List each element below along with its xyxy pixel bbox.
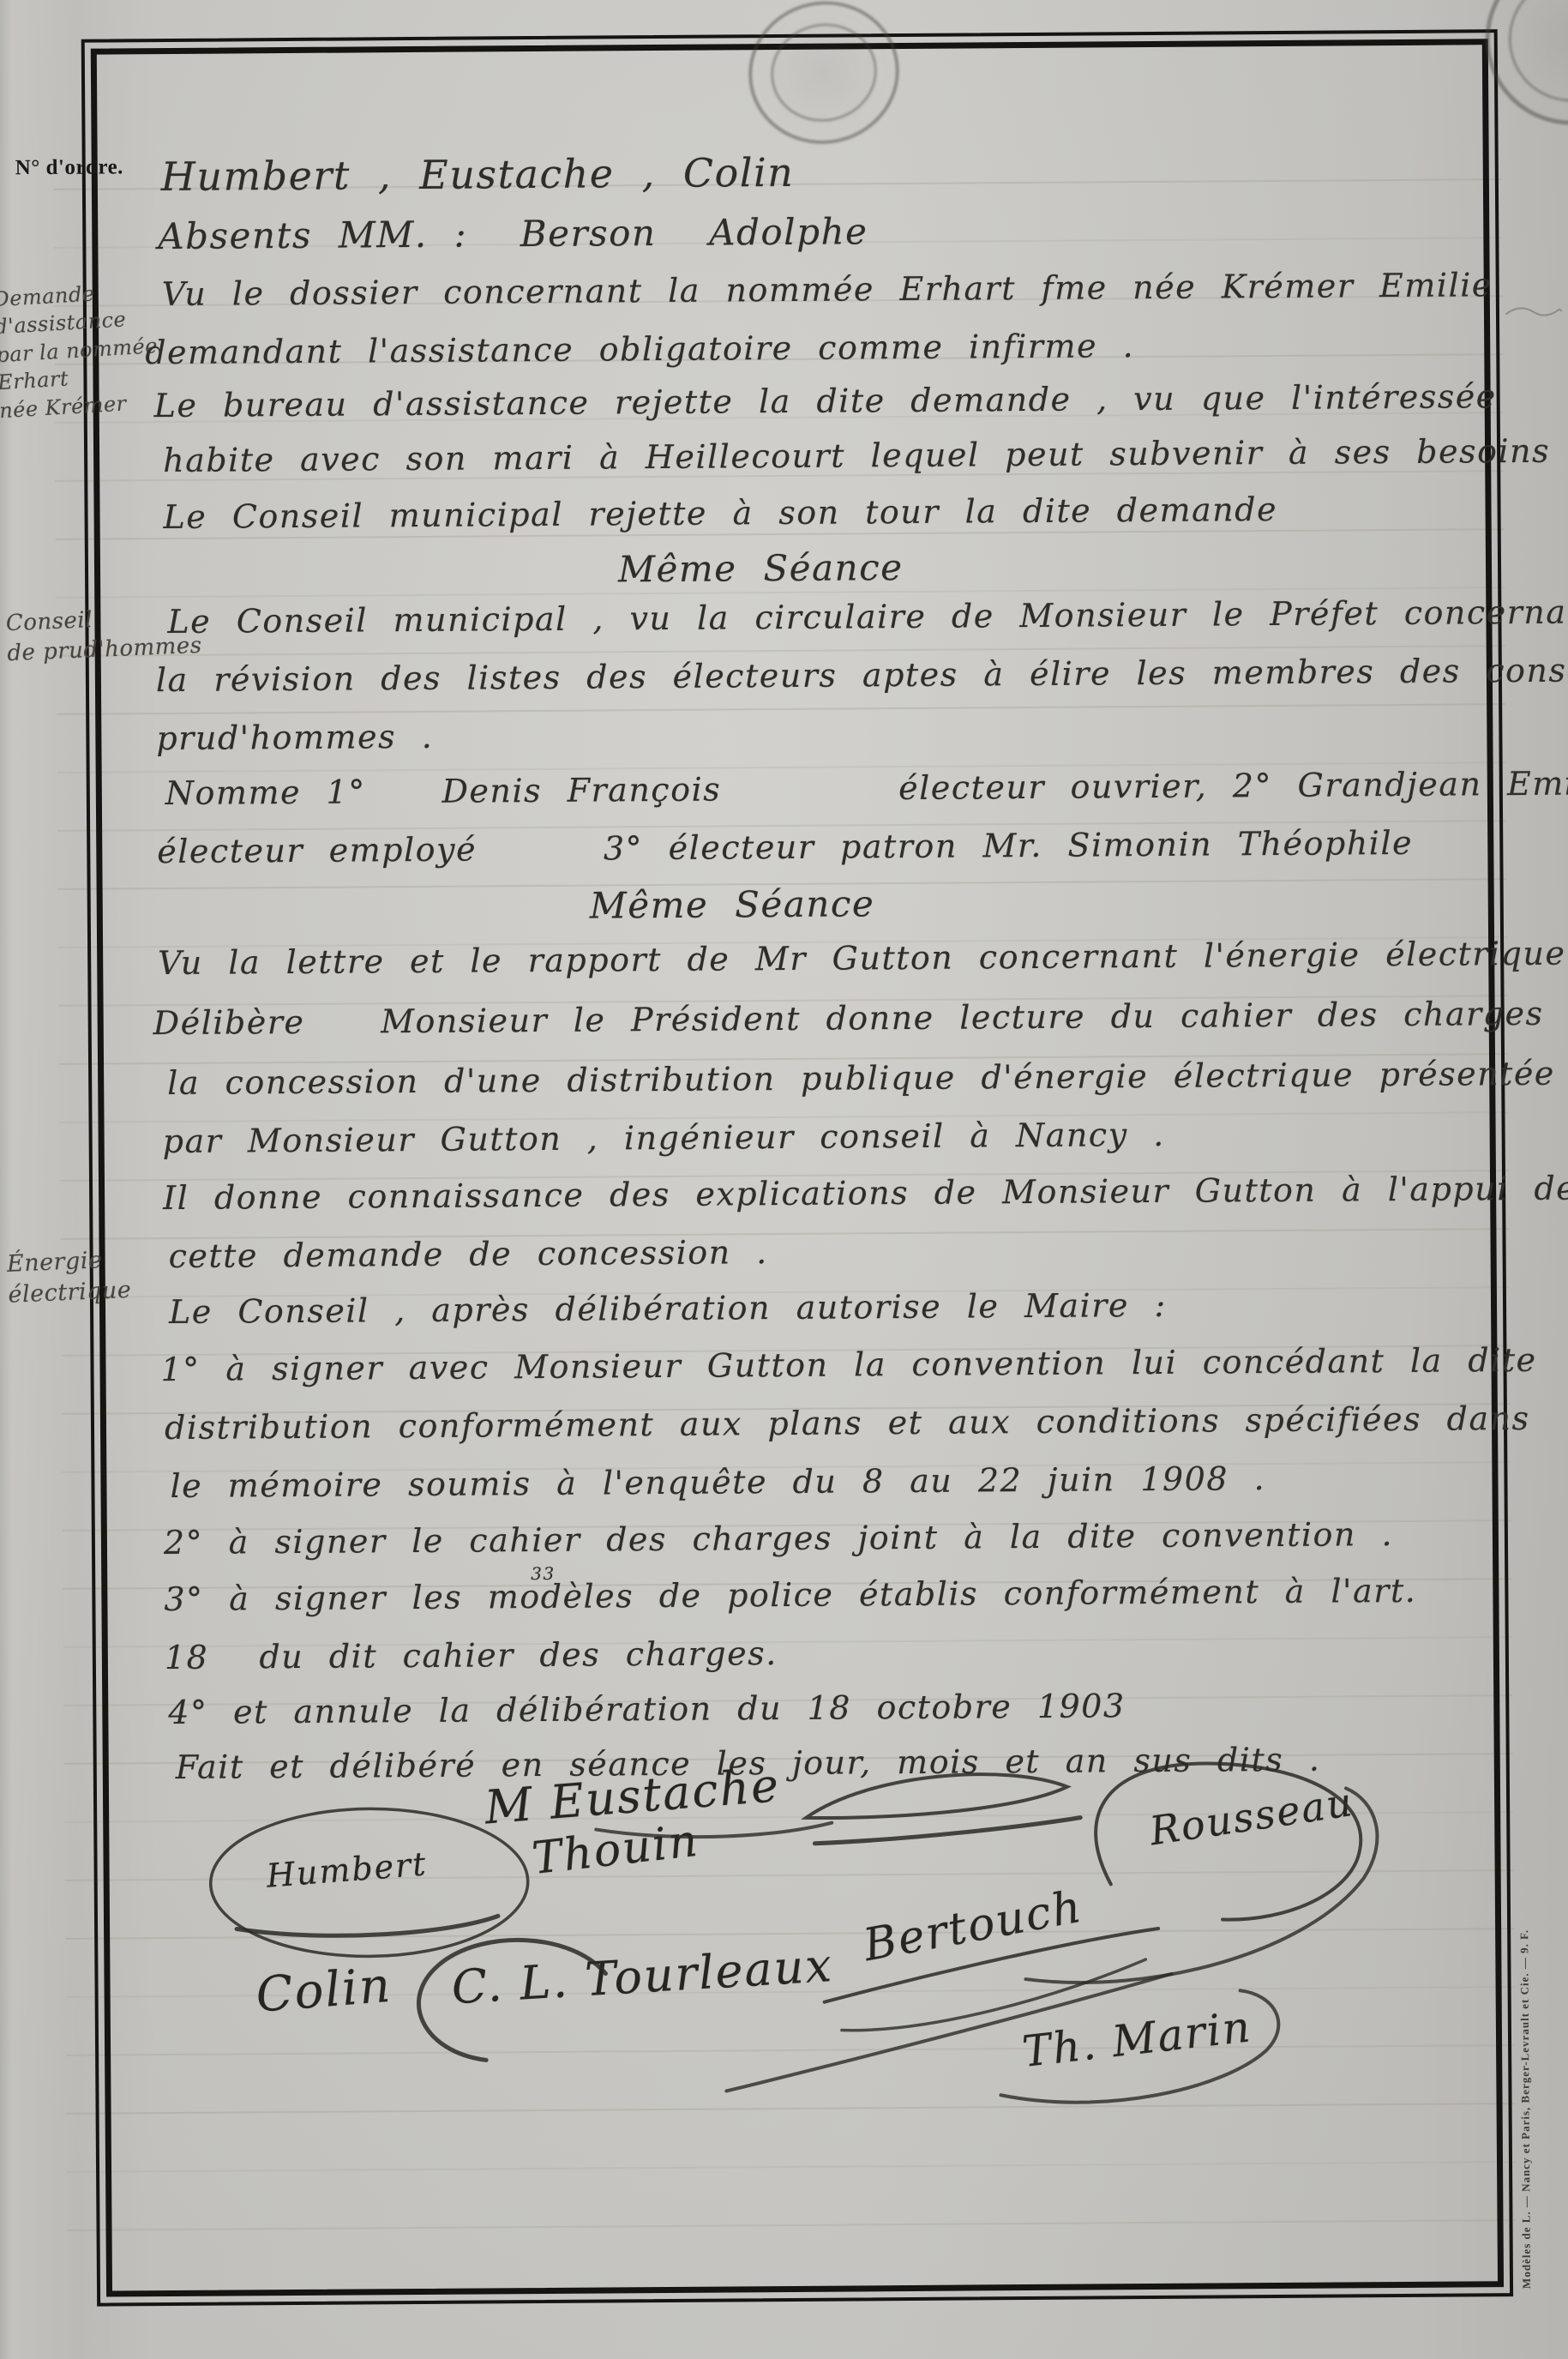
manuscript-line: Le Conseil municipal rejette à son tour … xyxy=(163,492,1277,536)
margin-note-energie-electrique: Énergieélectrique xyxy=(6,1244,132,1312)
margin-note-line: Énergie xyxy=(6,1244,130,1280)
manuscript-line: 18 du dit cahier des charges. xyxy=(165,1636,778,1676)
margin-note-demande-assistance: Demanded'assistancepar la nomméeErhartné… xyxy=(0,276,162,424)
order-number-label: N° d'ordre. xyxy=(15,155,123,180)
manuscript-line: 4° et annule la délibération du 18 octob… xyxy=(168,1688,1126,1731)
manuscript-line: prud'hommes . xyxy=(156,719,433,757)
manuscript-line: 33 xyxy=(531,1564,556,1583)
ruled-lines-layer xyxy=(0,0,1559,5)
manuscript-line: Humbert , Eustache , Colin xyxy=(161,151,795,199)
manuscript-body: Humbert , Eustache , ColinAbsents MM. : … xyxy=(0,0,1559,5)
manuscript-line: le mémoire soumis à l'enquête du 8 au 22… xyxy=(170,1461,1265,1505)
scanned-register-page: N° d'ordre. Demanded'assistancepar la no… xyxy=(0,0,1568,2359)
manuscript-line: Absents MM. : Berson Adolphe xyxy=(158,212,868,256)
manuscript-line: demandant l'assistance obligatoire comme… xyxy=(145,328,1134,371)
scan-tilt-layer: N° d'ordre. Demanded'assistancepar la no… xyxy=(0,0,1568,2359)
ink-stamp-inner-ring xyxy=(761,14,886,132)
margin-note-line: électrique xyxy=(8,1275,132,1311)
margin-notes: Demanded'assistancepar la nomméeErhartné… xyxy=(0,0,1559,5)
manuscript-line: cette demande de concession . xyxy=(168,1235,767,1275)
manuscript-line: Même Séance xyxy=(590,884,875,926)
signatures-block: M EustacheHumbertThouinRousseauBertouchC… xyxy=(0,0,1559,5)
corner-stamp-inner-ring xyxy=(1508,0,1568,102)
manuscript-line: par Monsieur Gutton , ingénieur conseil … xyxy=(163,1117,1165,1160)
manuscript-line: Même Séance xyxy=(618,548,904,590)
printer-imprint: Modèles de L. — Nancy et Paris, Berger-L… xyxy=(1517,1929,1544,2289)
manuscript-line: Le Conseil , après délibération autorise… xyxy=(169,1288,1167,1331)
signature: Colin xyxy=(254,1958,394,2024)
